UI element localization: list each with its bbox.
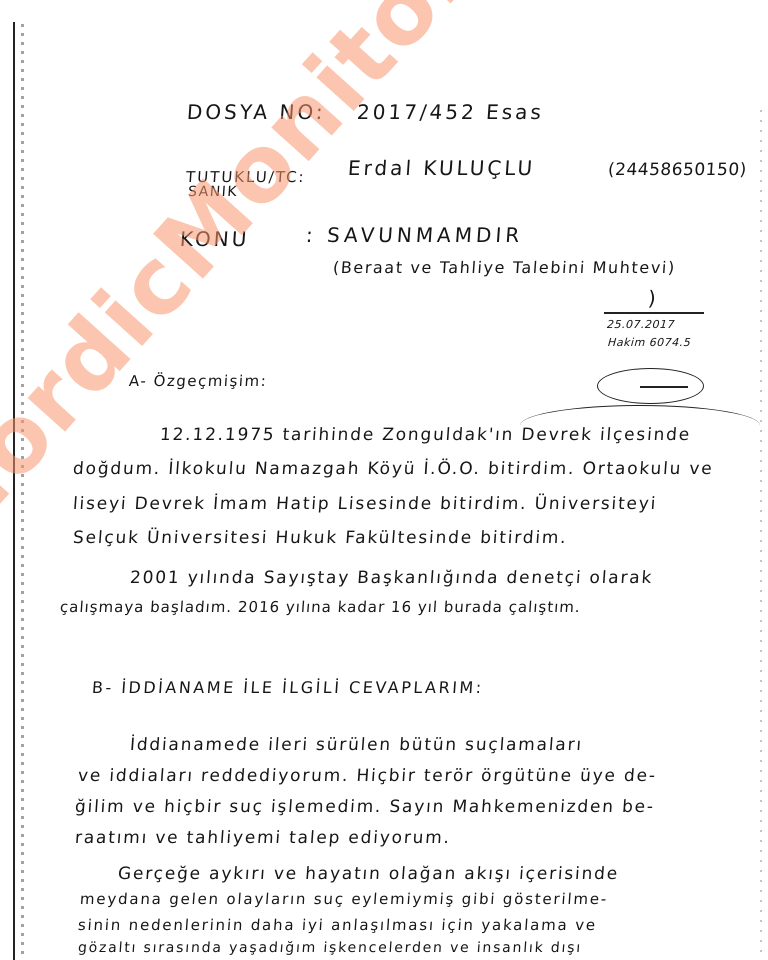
scanned-document-page: DOSYA NO: 2017/452 Esas TUTUKLU/TC: SANI…: [0, 0, 768, 960]
section-b-title: B- İDDİANAME İLE İLGİLİ CEVAPLARIM:: [91, 678, 484, 697]
section-a-line: 12.12.1975 tarihinde Zonguldak'ın Devrek…: [159, 425, 691, 445]
annotation-mark: ): [647, 286, 657, 310]
stamp-date: 25.07.2017: [607, 318, 676, 331]
page-margin-line: [13, 22, 15, 960]
stamp-note: Hakim 6074.5: [608, 336, 692, 349]
section-a-line: liseyi Devrek İmam Hatip Lisesinde bitir…: [72, 494, 658, 514]
section-a-line: Selçuk Üniversitesi Hukuk Fakültesinde b…: [72, 528, 568, 548]
defendant-label-secondary: SANIK: [187, 184, 238, 200]
section-b-line: raatımı ve tahliyemi talep ediyorum.: [74, 828, 451, 848]
section-b-line: sinin nedenlerinin daha iyi anlaşılması …: [77, 916, 597, 934]
page-perforation-right: [760, 110, 762, 960]
page-perforation-left: [21, 24, 24, 960]
section-b-line: gözaltı sırasında yaşadığım işkencelerde…: [77, 940, 582, 956]
stamp-line: [604, 312, 704, 314]
signature-stroke: [640, 386, 688, 388]
section-a-line: çalışmaya başladım. 2016 yılına kadar 16…: [59, 598, 581, 616]
subject-value: : SAVUNMAMDIR: [305, 223, 524, 247]
section-b-line: meydana gelen olayların suç eylemiymiş g…: [79, 890, 608, 908]
section-b-line: ğilim ve hiçbir suç işlemedim. Sayın Mah…: [74, 797, 655, 817]
defendant-name: Erdal KULUÇLU: [347, 156, 536, 180]
section-b-line: Gerçeğe aykırı ve hayatın olağan akışı i…: [117, 864, 619, 884]
section-a-line: 2001 yılında Sayıştay Başkanlığında dene…: [129, 568, 654, 588]
subject-note: (Beraat ve Tahliye Talebini Muhtevi): [332, 258, 676, 277]
defendant-id: (24458650150): [607, 160, 747, 180]
section-b-line: İddianamede ileri sürülen bütün suçlamal…: [129, 735, 583, 755]
section-b-line: ve iddiaları reddediyorum. Hiçbir terör …: [77, 766, 657, 786]
subject-label: KONU: [179, 227, 250, 251]
section-a-title: A- Özgeçmişim:: [128, 372, 267, 390]
file-no-value: 2017/452 Esas: [356, 100, 545, 124]
file-no-label: DOSYA NO:: [186, 100, 326, 124]
section-a-line: doğdum. İlkokulu Namazgah Köyü İ.Ö.O. bi…: [72, 459, 714, 479]
